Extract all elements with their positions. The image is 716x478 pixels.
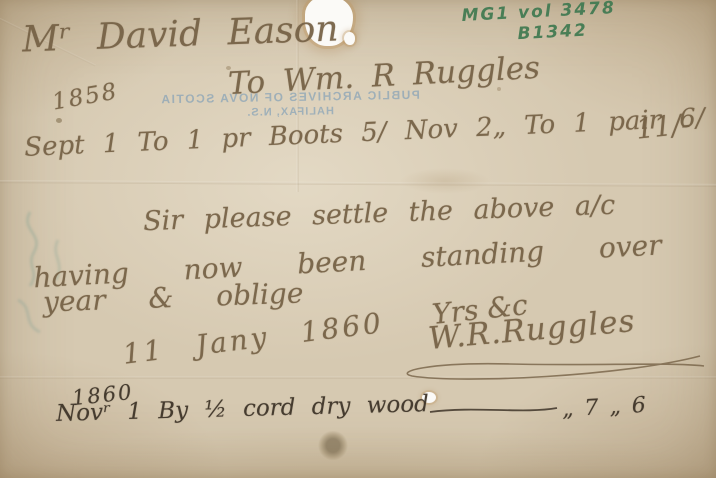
document-scan: MG1 vol 3478 B1342 PUBLIC ARCHIVES OF NO… [0, 0, 716, 478]
year-notation: 1858 [50, 78, 120, 115]
payment-note-dash [428, 404, 560, 416]
fold-crease-horizontal-upper [0, 180, 716, 187]
message-date: 11 Jany 1860 [121, 306, 386, 371]
account-entry-amount: 11/- [634, 107, 692, 146]
payment-note-amount: „ 7 „ 6 [561, 393, 648, 422]
ink-stain-spot [318, 431, 348, 460]
addressee-line: Mʳ David Eason [21, 8, 339, 60]
paper-smudge [400, 168, 490, 194]
archival-reference-note: MG1 vol 3478 B1342 [461, 0, 617, 47]
archival-reference-line2: B1342 [517, 19, 617, 44]
signature-flourish [398, 350, 710, 384]
paper-chip [344, 32, 355, 45]
message-line-1: Sir please settle the above a/c [143, 190, 616, 237]
paper-speck [56, 118, 62, 123]
